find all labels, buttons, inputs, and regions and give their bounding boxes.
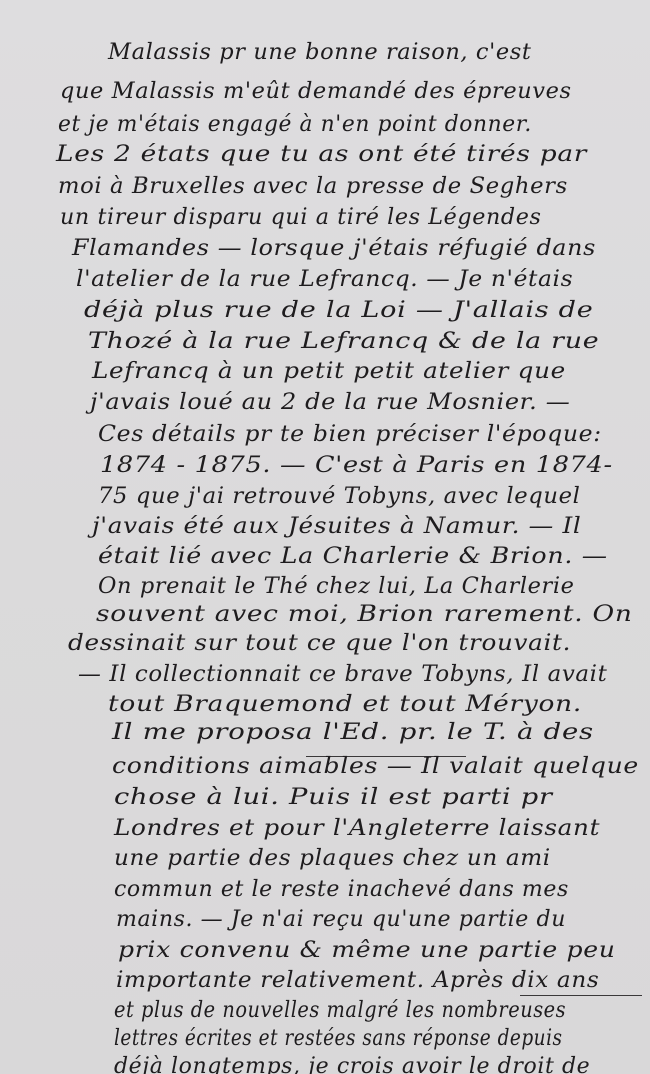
text-line-31: importante relativement. Après dix ans [116,966,599,996]
text-line-18: On prenait le Thé chez lui, La Charlerie [98,572,575,602]
text-line-26: Londres et pour l'Angleterre laissant [114,814,600,844]
text-line-4: Les 2 états que tu as ont été tirés par [56,140,587,170]
text-line-5: moi à Bruxelles avec la presse de Segher… [58,172,568,202]
text-line-22: tout Braquemond et tout Méryon. [108,690,582,720]
text-line-21: — Il collectionnait ce brave Tobyns, Il … [78,660,607,690]
text-line-9: déjà plus rue de la Loi — J'allais de [84,296,593,326]
text-line-28: commun et le reste inachevé dans mes [114,875,569,905]
text-line-17: était lié avec La Charlerie & Brion. — [98,542,608,572]
text-line-11: Lefrancq à un petit petit atelier que [92,357,566,387]
text-line-23: Il me proposa l'Ed. pr. le T. à des [112,718,594,748]
text-line-30: prix convenu & même une partie peu [118,936,616,966]
text-line-7: Flamandes — lorsque j'étais réfugié dans [72,234,596,264]
text-line-6: un tireur disparu qui a tiré les Légende… [60,203,542,233]
text-line-32: et plus de nouvelles malgré les nombreus… [114,996,566,1026]
text-line-13: Ces détails pr te bien préciser l'époque… [98,420,602,450]
text-line-2: que Malassis m'eût demandé des épreuves [60,77,572,107]
text-line-8: l'atelier de la rue Lefrancq. — Je n'éta… [76,265,573,295]
text-line-29: mains. — Je n'ai reçu qu'une partie du [116,905,566,935]
text-line-12: j'avais loué au 2 de la rue Mosnier. — [90,388,570,418]
text-line-33: lettres écrites et restées sans réponse … [114,1024,562,1054]
text-line-19: souvent avec moi, Brion rarement. On [96,600,633,630]
text-line-27: une partie des plaques chez un ami [114,844,551,874]
text-line-1: Malassis pr une bonne raison, c'est [108,38,532,68]
text-line-34: déjà longtemps, je crois avoir le droit … [114,1052,590,1074]
text-line-10: Thozé à la rue Lefrancq & de la rue [88,327,599,357]
text-line-20: dessinait sur tout ce que l'on trouvait. [68,629,571,659]
text-line-25: chose à lui. Puis il est parti pr [114,783,553,813]
text-line-14: 1874 - 1875. — C'est à Paris en 1874- [100,451,613,481]
text-line-15: 75 que j'ai retrouvé Tobyns, avec lequel [98,482,580,512]
text-line-16: j'avais été aux Jésuites à Namur. — Il [92,512,581,542]
text-line-24: conditions aimables — Il valait quelque [112,752,639,782]
manuscript-page: Malassis pr une bonne raison, c'est que … [0,0,650,1074]
text-line-3: et je m'étais engagé à n'en point donner… [58,110,532,140]
